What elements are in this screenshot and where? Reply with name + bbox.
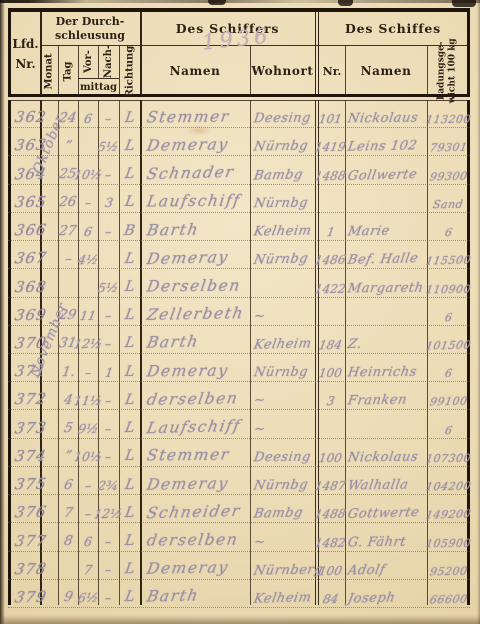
cell-schiff-nr: 1486 bbox=[316, 241, 345, 268]
lfd-nr-value: 372 bbox=[14, 392, 48, 408]
nachmittag-value: – bbox=[104, 310, 112, 323]
nachmittag-value: – bbox=[104, 169, 113, 182]
page-edge-smudge bbox=[452, 0, 476, 7]
lfd-nr-value: 377 bbox=[14, 533, 48, 548]
vormittag-value: 10½ bbox=[73, 169, 104, 182]
cell-schiffer-name: Demeray bbox=[140, 552, 250, 579]
cell-vormittag: 6 bbox=[78, 100, 98, 127]
cell-nachmittag: – bbox=[98, 552, 119, 579]
schiffer-name-value: Demeray bbox=[146, 363, 230, 379]
cell-vormittag: 6½ bbox=[78, 580, 98, 607]
vormittag-value: 7 bbox=[83, 564, 93, 577]
lfd-label-line2: Nr. bbox=[15, 55, 35, 74]
vormittag-value: 10½ bbox=[73, 451, 103, 464]
table-body: 362 24 6 – L Stemmer Deesing 101 Nickola… bbox=[8, 100, 470, 614]
cell-vormittag: 6 bbox=[78, 213, 98, 240]
cell-richtung: L bbox=[119, 354, 140, 381]
schiffer-name-value: Demeray bbox=[145, 250, 230, 268]
table-header: Lfd. Nr. Der Durch- schleusung Des Schif… bbox=[8, 8, 470, 97]
nachmittag-value: – bbox=[104, 423, 113, 436]
ladungsgewicht-value: 6 bbox=[444, 312, 453, 323]
ladung-line2: wicht 100 kg bbox=[447, 39, 457, 104]
wohnort-value: ~ bbox=[253, 422, 267, 435]
cell-schiff-nr: 101 bbox=[316, 100, 345, 127]
ladung-line1: Ladungsge- bbox=[436, 42, 446, 101]
cell-richtung: L bbox=[119, 580, 140, 607]
schiffer-name-value: Demeray bbox=[145, 137, 229, 154]
cell-wohnort: Nürnbg bbox=[250, 241, 316, 268]
cell-schiff-name: Gollwerte bbox=[345, 156, 427, 183]
cell-lfd-nr: 376 bbox=[8, 495, 40, 522]
cell-ladungsgewicht: 105900 bbox=[427, 523, 470, 550]
cell-schiff-name: Franken bbox=[345, 382, 427, 409]
schiffer-name-value: Zellerbeth bbox=[145, 306, 245, 323]
richtung-value: L bbox=[123, 477, 135, 492]
cell-vormittag: 7 bbox=[78, 552, 98, 579]
cell-lfd-nr: 370 bbox=[8, 326, 40, 353]
wohnort-value: Kelheim bbox=[253, 225, 313, 239]
vormittag-value: 12½ bbox=[73, 338, 104, 351]
richtung-value: L bbox=[123, 336, 135, 351]
ledger-row: 362 24 6 – L Stemmer Deesing 101 Nickola… bbox=[8, 100, 470, 128]
schiff-name-value: Joseph bbox=[347, 591, 397, 605]
cell-nachmittag: – bbox=[98, 298, 119, 325]
ledger-row: 379 9 6½ – L Barth Kelheim 84 Joseph 666… bbox=[8, 580, 470, 608]
cell-schiff-nr: 184 bbox=[316, 326, 345, 353]
schiff-nr-value: 184 bbox=[318, 339, 343, 352]
cell-richtung: L bbox=[119, 552, 140, 579]
ledger-row: 375 6 – 2¾ L Demeray Nürnbg 1487 Walhall… bbox=[8, 467, 470, 495]
cell-schiffer-name: derselben bbox=[140, 523, 250, 550]
ladungsgewicht-value: 115500 bbox=[425, 255, 472, 267]
cell-ladungsgewicht: 6 bbox=[427, 354, 470, 381]
ledger-row: 376 7 – 12½ L Schneider Bambg 1488 Gottw… bbox=[8, 495, 470, 523]
tag-value: 6 bbox=[62, 478, 73, 492]
schiff-nr-value: 1487 bbox=[314, 480, 347, 493]
cell-vormittag: 10½ bbox=[78, 439, 98, 466]
cell-wohnort: Nürnbg bbox=[250, 467, 316, 494]
schiff-name-value: Nickolaus bbox=[347, 112, 419, 126]
cell-schiffer-name: Demeray bbox=[140, 467, 250, 494]
monat-label: Monat bbox=[44, 53, 55, 89]
wohnort-value: ~ bbox=[253, 394, 267, 407]
cell-schiffer-name: Barth bbox=[140, 580, 250, 607]
cell-schiff-nr: 3 bbox=[316, 382, 345, 409]
cell-vormittag: 4½ bbox=[78, 241, 98, 268]
nach-label: Nach- bbox=[103, 45, 114, 78]
richtung-value: L bbox=[124, 534, 136, 549]
cell-schiff-name: Margareth bbox=[345, 269, 427, 296]
cell-schiff-nr: 1419 bbox=[316, 128, 345, 155]
cell-wohnort: Deesing bbox=[250, 439, 316, 466]
ladungsgewicht-value: 6 bbox=[444, 425, 454, 436]
cell-richtung: L bbox=[119, 439, 140, 466]
ladungsgewicht-value: 105900 bbox=[425, 537, 472, 548]
schiffer-name-value: Barth bbox=[145, 589, 200, 606]
schiff-name-value: Adolf bbox=[347, 563, 386, 577]
lfd-nr-value: 368 bbox=[14, 279, 48, 294]
cell-richtung: L bbox=[119, 523, 140, 550]
cell-schiff-nr: 1488 bbox=[316, 156, 345, 183]
cell-richtung: L bbox=[119, 382, 140, 409]
lfd-nr-value: 367 bbox=[14, 251, 49, 267]
vormittag-value: – bbox=[84, 197, 92, 210]
ladungsgewicht-value: 6 bbox=[444, 227, 453, 238]
schiff-nr-value: 100 bbox=[318, 565, 343, 577]
cell-wohnort: Nürnbg bbox=[250, 128, 316, 155]
wohnort-value: Nürnbg bbox=[253, 479, 309, 493]
wohnort-value: Nürnbg bbox=[253, 197, 309, 211]
cell-vormittag: 12½ bbox=[78, 326, 98, 353]
schiff-nr-value: 1419 bbox=[314, 141, 347, 154]
richtung-value: L bbox=[124, 449, 136, 464]
lfd-nr-value: 362 bbox=[14, 110, 48, 125]
lfd-nr-value: 378 bbox=[14, 561, 48, 577]
cell-wohnort: ~ bbox=[250, 523, 316, 550]
schiffer-name-value: Stemmer bbox=[146, 448, 231, 464]
cell-richtung: L bbox=[119, 128, 140, 155]
ladungsgewicht-value: 149200 bbox=[425, 509, 472, 521]
cell-vormittag: 10½ bbox=[78, 156, 98, 183]
cell-schiffer-name: derselben bbox=[140, 382, 250, 409]
wohnort-value: Nürnbg bbox=[253, 366, 309, 380]
nachmittag-value: 5½ bbox=[97, 141, 119, 154]
cell-vormittag: 11½ bbox=[78, 382, 98, 409]
lfd-nr-value: 373 bbox=[14, 420, 49, 436]
nachmittag-value: 5½ bbox=[98, 282, 120, 295]
cell-schiff-nr: 100 bbox=[316, 439, 345, 466]
cell-tag: 5 bbox=[58, 410, 78, 437]
cell-richtung: L bbox=[119, 241, 140, 268]
paper-stain bbox=[185, 125, 213, 136]
cell-schiff-name: Bef. Halle bbox=[345, 241, 427, 268]
richtung-value: L bbox=[123, 421, 135, 436]
cell-lfd-nr: 378 bbox=[8, 552, 40, 579]
cell-lfd-nr: 366 bbox=[8, 213, 40, 240]
cell-lfd-nr: 372 bbox=[8, 382, 40, 409]
ledger-row: 365 26 – 3 L Laufschiff Nürnbg Sand bbox=[8, 185, 470, 213]
ledger-row: 373 5 9½ – L Laufschiff ~ 6 bbox=[8, 410, 470, 438]
wohnort-value: Nürnbg bbox=[253, 140, 309, 154]
cell-wohnort: Deesing bbox=[250, 100, 316, 127]
cell-schiffer-name: Barth bbox=[140, 213, 250, 240]
tag-value: 1. bbox=[61, 366, 76, 380]
ladungsgewicht-value: Sand bbox=[433, 199, 465, 210]
cell-schiff-nr bbox=[316, 185, 345, 212]
cell-richtung: L bbox=[119, 269, 140, 296]
schiff-name-value: Margareth bbox=[347, 281, 424, 295]
schiffer-name-value: derselben bbox=[146, 533, 240, 549]
cell-nachmittag: 2¾ bbox=[98, 467, 119, 494]
cell-ladungsgewicht: 101500 bbox=[427, 326, 470, 353]
schiffer-name-value: Demeray bbox=[145, 476, 229, 493]
cell-richtung: L bbox=[119, 410, 140, 437]
cell-tag: 27 bbox=[58, 213, 78, 240]
col-header-monat: Monat bbox=[40, 45, 58, 97]
schiff-name-value: Bef. Halle bbox=[347, 252, 420, 267]
wohnort-value: Deesing bbox=[253, 451, 312, 465]
schiff-nr-value: 1422 bbox=[314, 282, 346, 294]
cell-tag: 9 bbox=[58, 580, 78, 607]
wohnort-value: Bambg bbox=[253, 507, 304, 521]
cell-schiffer-name: Laufschiff bbox=[140, 185, 250, 212]
cell-richtung: L bbox=[119, 156, 140, 183]
cell-schiff-nr: 1 bbox=[316, 213, 345, 240]
cell-schiffer-name: Stemmer bbox=[140, 439, 250, 466]
group-header-durchschleusung: Der Durch- schleusung bbox=[41, 12, 139, 45]
vormittag-value: – bbox=[84, 480, 92, 493]
schiffer-name-value: Barth bbox=[145, 335, 200, 352]
schiff-nr-value: 3 bbox=[326, 395, 336, 407]
nachmittag-value: 1 bbox=[104, 367, 114, 380]
schiff-name-value: Gottwerte bbox=[347, 506, 421, 521]
cell-schiffer-name: Schneider bbox=[140, 495, 250, 522]
col-header-mittag: mittag bbox=[78, 78, 119, 97]
cell-lfd-nr: 367 bbox=[8, 241, 40, 268]
cell-ladungsgewicht: 104200 bbox=[427, 467, 470, 494]
cell-ladungsgewicht: 6 bbox=[427, 298, 470, 325]
schiff-name-value: Franken bbox=[347, 394, 408, 408]
cell-wohnort: ~ bbox=[250, 382, 316, 409]
richtung-label: Richtung bbox=[124, 45, 135, 97]
lfd-nr-value: 375 bbox=[14, 477, 48, 493]
ledger-row: 367 – 4½ L Demeray Nürnbg 1486 Bef. Hall… bbox=[8, 241, 470, 269]
cell-nachmittag: – bbox=[98, 580, 119, 607]
cell-nachmittag: – bbox=[98, 523, 119, 550]
lfd-nr-value: 365 bbox=[14, 195, 48, 210]
cell-schiff-nr bbox=[316, 410, 345, 437]
cell-vormittag: 11 bbox=[78, 298, 98, 325]
schiffer-name-value: Schneider bbox=[145, 504, 242, 522]
richtung-value: L bbox=[124, 365, 136, 380]
richtung-value: L bbox=[124, 111, 136, 126]
ledger-row: 369 29 11 – L Zellerbeth ~ 6 bbox=[8, 298, 470, 326]
page-edge-top bbox=[0, 0, 480, 3]
cell-schiffer-name: Zellerbeth bbox=[140, 298, 250, 325]
ladungsgewicht-value: 79301 bbox=[429, 142, 469, 154]
cell-vormittag: – bbox=[78, 467, 98, 494]
nachmittag-value: 2¾ bbox=[97, 479, 119, 492]
cell-tag: – bbox=[58, 241, 78, 268]
cell-schiff-name: Adolf bbox=[345, 552, 427, 579]
schiffer-name-value: Schnader bbox=[145, 165, 235, 183]
cell-tag: 6 bbox=[58, 467, 78, 494]
cell-ladungsgewicht: 66600 bbox=[427, 580, 470, 607]
cell-lfd-nr: 363 bbox=[8, 128, 40, 155]
schiff-nr-value: 1488 bbox=[314, 508, 347, 521]
cell-richtung: L bbox=[119, 298, 140, 325]
richtung-value: B bbox=[123, 224, 136, 239]
schiffer-name-value: Laufschiff bbox=[145, 419, 242, 437]
cell-tag: 7 bbox=[58, 495, 78, 522]
schiff-name-value: Walhalla bbox=[347, 479, 410, 493]
cell-lfd-nr: 373 bbox=[8, 410, 40, 437]
richtung-value: L bbox=[123, 167, 135, 182]
cell-ladungsgewicht: 110900 bbox=[427, 269, 470, 296]
schiffer-name-value: Derselben bbox=[146, 279, 242, 295]
cell-nachmittag: 1 bbox=[98, 354, 119, 381]
schiff-nr-value: 1488 bbox=[314, 169, 347, 182]
vormittag-value: 6 bbox=[83, 113, 93, 126]
ledger-row: 370 31 12½ – L Barth Kelheim 184 Z. 1015… bbox=[8, 326, 470, 354]
schiff-name-value: Nickolaus bbox=[347, 450, 419, 464]
col-header-ladungsgewicht: Ladungsge- wicht 100 kg bbox=[427, 45, 467, 97]
vormittag-value: 11 bbox=[79, 310, 97, 323]
col-header-lfd-nr: Lfd. Nr. bbox=[11, 12, 40, 97]
schiffer-name-value: Stemmer bbox=[146, 109, 231, 125]
durchschleusung-line2: schleusung bbox=[55, 29, 125, 43]
lfd-nr-value: 366 bbox=[14, 223, 48, 239]
tag-value: 7 bbox=[62, 507, 73, 521]
ledger-row: 363 ” 5½ L Demeray Nürnbg 1419 Leins 102… bbox=[8, 128, 470, 156]
lfd-label-line1: Lfd. bbox=[12, 35, 38, 54]
tag-value: 5 bbox=[62, 422, 73, 436]
richtung-value: L bbox=[124, 280, 136, 295]
nachmittag-value: – bbox=[104, 592, 113, 605]
cell-nachmittag: 5½ bbox=[98, 269, 119, 296]
schiffer-name-value: derselben bbox=[145, 391, 239, 408]
ladungsgewicht-label: Ladungsge- wicht 100 kg bbox=[436, 39, 458, 104]
cell-schiff-nr: 100 bbox=[316, 354, 345, 381]
vormittag-value: – bbox=[84, 367, 92, 380]
richtung-value: L bbox=[123, 139, 135, 154]
col-header-tag: Tag bbox=[58, 45, 78, 97]
schiff-nr-value: 101 bbox=[318, 113, 343, 125]
nachmittag-value: 3 bbox=[104, 197, 114, 210]
wohnort-value: ~ bbox=[253, 535, 266, 548]
nachmittag-value: – bbox=[104, 395, 112, 408]
cell-schiffer-name: Demeray bbox=[140, 241, 250, 268]
cell-schiff-nr: 1488 bbox=[316, 495, 345, 522]
cell-ladungsgewicht: 99100 bbox=[427, 382, 470, 409]
vor-label: Vor- bbox=[83, 50, 94, 73]
cell-lfd-nr: 365 bbox=[8, 185, 40, 212]
schiff-nr-value: 1486 bbox=[314, 254, 347, 267]
nachmittag-value: – bbox=[104, 226, 112, 239]
cell-ladungsgewicht: 6 bbox=[427, 410, 470, 437]
schiff-name-value: G. Fährt bbox=[347, 535, 407, 549]
col-header-schiff-namen: Namen bbox=[345, 45, 427, 97]
cell-wohnort: Nürnbg bbox=[250, 185, 316, 212]
tag-value: 9 bbox=[62, 591, 73, 605]
tag-label: Tag bbox=[63, 61, 74, 81]
ledger-row: 371 1. – 1 L Demeray Nürnbg 100 Heinrich… bbox=[8, 354, 470, 382]
cell-wohnort: Kelheim bbox=[250, 580, 316, 607]
cell-wohnort: Bambg bbox=[250, 156, 316, 183]
nachmittag-value: – bbox=[104, 451, 112, 464]
cell-schiff-name: G. Fährt bbox=[345, 523, 427, 550]
cell-schiff-name: Heinrichs bbox=[345, 354, 427, 381]
cell-wohnort: ~ bbox=[250, 298, 316, 325]
richtung-value: L bbox=[123, 308, 135, 323]
wohnort-value: Kelheim bbox=[253, 591, 313, 605]
cell-wohnort: ~ bbox=[250, 410, 316, 437]
cell-lfd-nr: 374 bbox=[8, 439, 40, 466]
cell-lfd-nr: 362 bbox=[8, 100, 40, 127]
wohnort-value: Deesing bbox=[253, 112, 312, 126]
cell-wohnort bbox=[250, 269, 316, 296]
cell-richtung: L bbox=[119, 326, 140, 353]
wohnort-value: Bambg bbox=[253, 168, 304, 182]
ledger-row: 377 8 6 – L derselben ~ 1482 G. Fährt 10… bbox=[8, 523, 470, 551]
cell-schiffer-name: Schnader bbox=[140, 156, 250, 183]
wohnort-value: ~ bbox=[253, 310, 267, 323]
ledger-row: 372 4 11½ – L derselben ~ 3 Franken 9910… bbox=[8, 382, 470, 410]
cell-vormittag: 9½ bbox=[78, 410, 98, 437]
schiff-name-value: Gollwerte bbox=[347, 168, 419, 183]
cell-lfd-nr: 379 bbox=[8, 580, 40, 607]
vormittag-value: 6½ bbox=[77, 592, 100, 605]
cell-schiff-name: Nickolaus bbox=[345, 100, 427, 127]
page-edge-smudge bbox=[338, 0, 353, 6]
ledger-row: 364 25 10½ – L Schnader Bambg 1488 Gollw… bbox=[8, 156, 470, 184]
cell-schiff-name: Gottwerte bbox=[345, 495, 427, 522]
ladungsgewicht-value: 110900 bbox=[425, 283, 472, 294]
cell-ladungsgewicht: 115500 bbox=[427, 241, 470, 268]
col-header-wohnort: Wohnort bbox=[250, 45, 315, 97]
cell-richtung: B bbox=[119, 213, 140, 240]
schiff-name-value: Heinrichs bbox=[347, 366, 418, 380]
ladungsgewicht-value: 99300 bbox=[429, 170, 469, 182]
tag-value: 27 bbox=[58, 224, 78, 238]
cell-wohnort: Bambg bbox=[250, 495, 316, 522]
cell-nachmittag: 12½ bbox=[98, 495, 119, 522]
cell-schiff-name bbox=[345, 410, 427, 437]
cell-ladungsgewicht: 107300 bbox=[427, 439, 470, 466]
ladungsgewicht-value: 66600 bbox=[429, 593, 469, 605]
cell-vormittag: 6 bbox=[78, 523, 98, 550]
lfd-nr-value: 374 bbox=[14, 449, 48, 464]
nachmittag-value: – bbox=[104, 338, 113, 351]
lfd-nr-value: 376 bbox=[14, 505, 49, 521]
cell-ladungsgewicht: 149200 bbox=[427, 495, 470, 522]
richtung-value: L bbox=[123, 506, 135, 521]
schiff-nr-value: 84 bbox=[322, 593, 340, 605]
ledger-row: 378 7 – L Demeray Nürnberg 100 Adolf 952… bbox=[8, 552, 470, 580]
cell-nachmittag bbox=[98, 241, 119, 268]
col-header-richtung: Richtung bbox=[119, 45, 140, 97]
schiffer-name-value: Barth bbox=[146, 222, 201, 238]
vormittag-value: 6 bbox=[83, 536, 93, 549]
ladungsgewicht-value: 101500 bbox=[425, 339, 472, 351]
col-header-vormittag: Vor- bbox=[78, 45, 98, 78]
cell-schiff-nr: 100 bbox=[316, 552, 345, 579]
cell-ladungsgewicht: Sand bbox=[427, 185, 470, 212]
schiff-nr-value: 100 bbox=[318, 367, 343, 379]
vormittag-value: 4½ bbox=[77, 254, 100, 267]
ladungsgewicht-value: 107300 bbox=[425, 453, 472, 464]
cell-vormittag: – bbox=[78, 185, 98, 212]
cell-wohnort: Nürnbg bbox=[250, 354, 316, 381]
wohnort-value: Kelheim bbox=[253, 337, 313, 351]
ladungsgewicht-value: 6 bbox=[444, 368, 453, 379]
cell-ladungsgewicht: 79301 bbox=[427, 128, 470, 155]
cell-schiff-name bbox=[345, 298, 427, 325]
ladungsgewicht-value: 113200 bbox=[425, 114, 472, 125]
cell-schiff-nr: 1482 bbox=[316, 523, 345, 550]
ladungsgewicht-value: 95200 bbox=[429, 565, 469, 577]
ledger-row: 374 ” 10½ – L Stemmer Deesing 100 Nickol… bbox=[8, 439, 470, 467]
wohnort-value: Nürnbg bbox=[253, 253, 310, 267]
cell-schiffer-name: Barth bbox=[140, 326, 250, 353]
ledger-row: 366 27 6 – B Barth Kelheim 1 Marie 6 bbox=[8, 213, 470, 241]
cell-nachmittag: – bbox=[98, 410, 119, 437]
cell-schiffer-name: Laufschiff bbox=[140, 410, 250, 437]
cell-richtung: L bbox=[119, 467, 140, 494]
tag-value: ” bbox=[63, 140, 72, 154]
cell-lfd-nr: 375 bbox=[8, 467, 40, 494]
col-header-schiff-nr: Nr. bbox=[319, 45, 345, 97]
